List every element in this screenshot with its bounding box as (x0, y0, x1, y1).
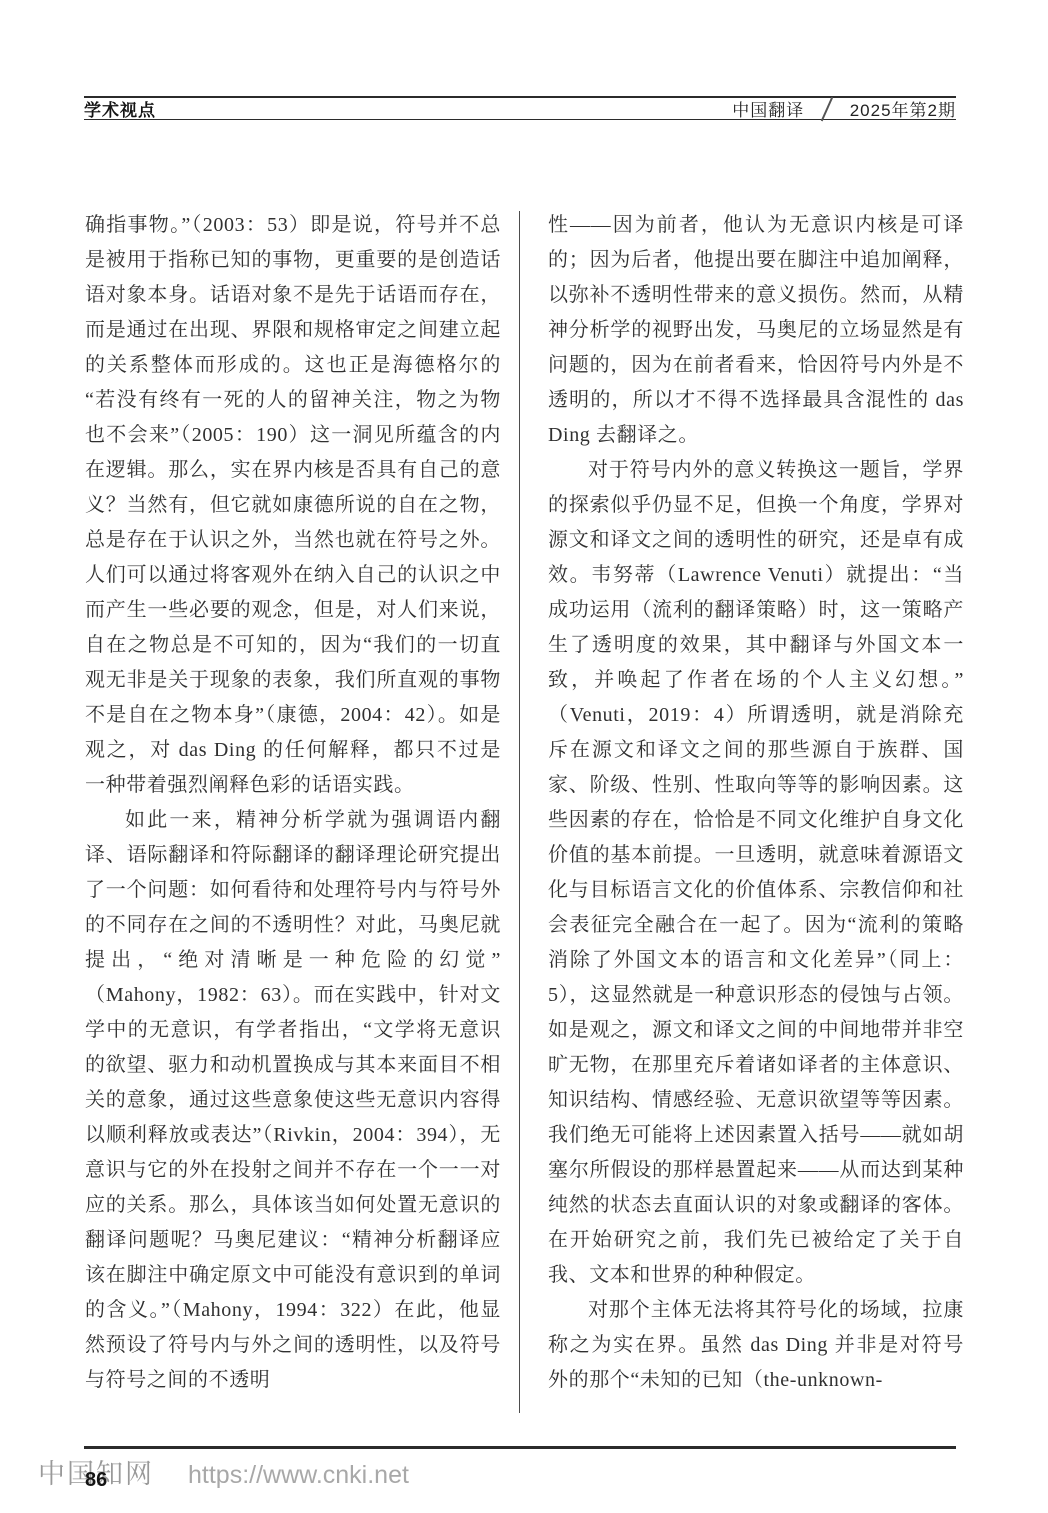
page-number: 86 (85, 1469, 107, 1492)
paragraph-continuation: 性——因为前者，他认为无意识内核是可译的；因为后者，他提出要在脚注中追加阐释，以… (548, 208, 964, 453)
journal-name: 中国翻译 (732, 96, 804, 121)
slash-divider-icon (821, 96, 833, 120)
paragraph: 如此一来，精神分析学就为强调语内翻译、语际翻译和符际翻译的翻译理论研究提出了一个… (85, 803, 501, 1398)
issue-label: 2025年第2期 (850, 96, 956, 121)
page-header: 学术视点 中国翻译 2025年第2期 (84, 96, 956, 120)
column-divider-rule (519, 211, 520, 1413)
paragraph: 对那个主体无法将其符号化的场域，拉康称之为实在界。虽然 das Ding 并非是… (548, 1293, 964, 1398)
paragraph-continuation: 确指事物。”（2003：53）即是说，符号并不总是被用于指称已知的事物，更重要的… (85, 208, 501, 803)
cnki-watermark-url: https://www.cnki.net (188, 1461, 409, 1490)
section-label: 学术视点 (84, 96, 156, 121)
right-column: 性——因为前者，他认为无意识内核是可译的；因为后者，他提出要在脚注中追加阐释，以… (548, 208, 964, 1398)
paragraph: 对于符号内外的意义转换这一题旨，学界的探索似乎仍显不足，但换一个角度，学界对源文… (548, 453, 964, 1293)
footer-rule (84, 1446, 956, 1449)
journal-page: 学术视点 中国翻译 2025年第2期 确指事物。”（2003：53）即是说，符号… (0, 0, 1048, 1513)
left-column: 确指事物。”（2003：53）即是说，符号并不总是被用于指称已知的事物，更重要的… (85, 208, 501, 1398)
header-journal-info: 中国翻译 2025年第2期 (732, 96, 956, 122)
